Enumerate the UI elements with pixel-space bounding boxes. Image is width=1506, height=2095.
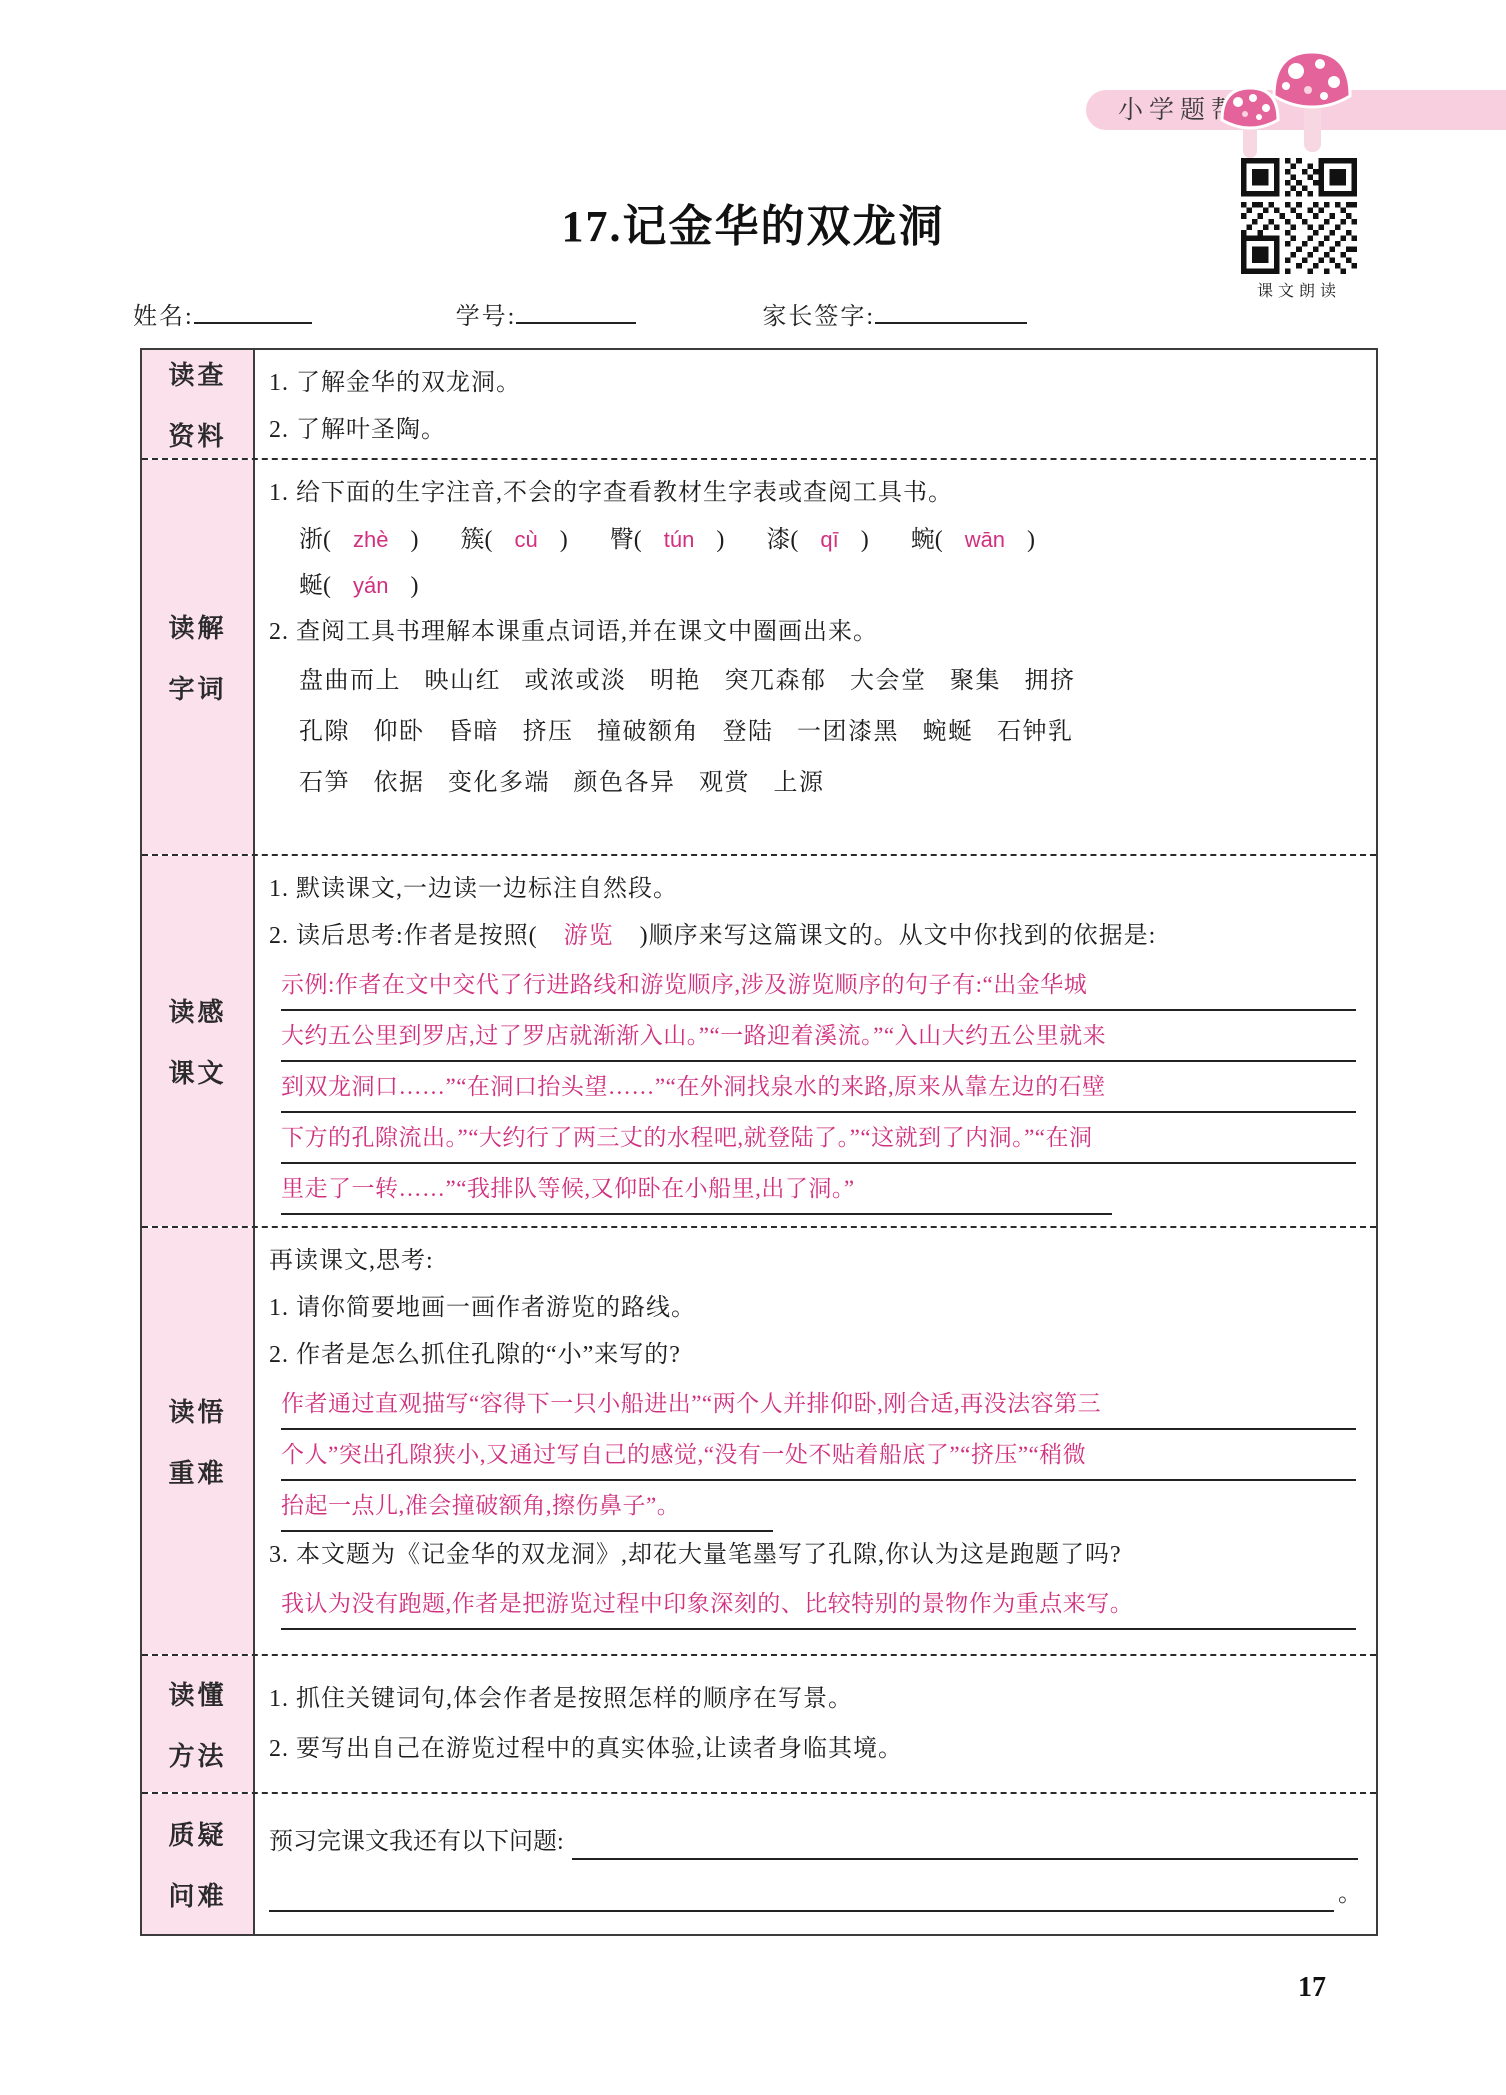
section-content: 1. 抓住关键词句,体会作者是按照怎样的顺序在写景。 2. 要写出自己在游览过程… <box>255 1656 1376 1792</box>
task-item: 1. 了解金华的双龙洞。 <box>269 360 1362 407</box>
preview-table: 读查 资料 1. 了解金华的双龙洞。 2. 了解叶圣陶。 读解 字词 1. 给下… <box>140 348 1378 1936</box>
section-methods: 读懂 方法 1. 抓住关键词句,体会作者是按照怎样的顺序在写景。 2. 要写出自… <box>142 1654 1376 1792</box>
section-label: 质疑 问难 <box>142 1794 255 1934</box>
parent-signature-label: 家长签字: <box>762 304 875 330</box>
qr-caption: 课文朗读 <box>1238 278 1360 301</box>
section-key-points: 读悟 重难 再读课文,思考: 1. 请你简要地画一画作者游览的路线。 2. 作者… <box>142 1226 1376 1654</box>
pinyin-item: 蜿(wān) <box>911 527 1035 553</box>
section-content: 1. 给下面的生字注音,不会的字查看教材生字表或查阅工具书。 浙(zhè) 簇(… <box>255 460 1376 854</box>
section-vocabulary: 读解 字词 1. 给下面的生字注音,不会的字查看教材生字表或查阅工具书。 浙(z… <box>142 458 1376 854</box>
student-info-row: 姓名: 学号: 家长签字: <box>133 296 1233 331</box>
section-reading: 读感 课文 1. 默读课文,一边读一边标注自然段。 2. 读后思考:作者是按照(… <box>142 854 1376 1226</box>
answer-line: 抬起一点儿,准会撞破额角,擦伤鼻子”。 <box>281 1481 773 1532</box>
qr-code-icon <box>1241 158 1357 274</box>
section-label: 读解 字词 <box>142 460 255 854</box>
mushroom-stem <box>1304 102 1321 152</box>
task-item: 2. 作者是怎么抓住孔隙的“小”来写的? <box>269 1332 1362 1379</box>
answer-line: 大约五公里到罗店,过了罗店就渐渐入山。”“一路迎着溪流。”“入山大约五公里就来 <box>281 1011 1356 1062</box>
task-item: 3. 本文题为《记金华的双龙洞》,却花大量笔墨写了孔隙,你认为这是跑题了吗? <box>269 1532 1362 1579</box>
pinyin-item: 臀(tún) <box>610 527 725 553</box>
blank-underline <box>572 1818 1358 1860</box>
task-item: 1. 抓住关键词句,体会作者是按照怎样的顺序在写景。 <box>269 1674 1362 1724</box>
page-number: 17 <box>1298 1972 1326 2004</box>
student-id-blank <box>516 296 636 324</box>
task-item: 2. 查阅工具书理解本课重点词语,并在课文中圈画出来。 <box>269 609 1362 656</box>
word-list-row: 盘曲而上 映山红 或浓或淡 明艳 突兀森郁 大会堂 聚集 拥挤 <box>299 656 1362 707</box>
task-item: 1. 请你简要地画一画作者游览的路线。 <box>269 1285 1362 1332</box>
answer-line: 示例:作者在文中交代了行进路线和游览顺序,涉及游览顺序的句子有:“出金华城 <box>281 960 1356 1011</box>
qr-block: 课文朗读 <box>1238 158 1360 301</box>
parent-signature-blank <box>875 296 1027 324</box>
worksheet-page: 小学题帮 <box>0 0 1506 2095</box>
pinyin-item: 蜒(yán) <box>299 573 418 599</box>
section-label: 读查 资料 <box>142 350 255 458</box>
pinyin-item: 簇(cù) <box>460 527 567 553</box>
section-content: 再读课文,思考: 1. 请你简要地画一画作者游览的路线。 2. 作者是怎么抓住孔… <box>255 1228 1376 1654</box>
section-content: 预习完课文我还有以下问题: 。 <box>255 1794 1376 1934</box>
question-prompt-line: 预习完课文我还有以下问题: <box>269 1816 1362 1868</box>
task-item: 2. 了解叶圣陶。 <box>269 407 1362 454</box>
pinyin-row: 蜒(yán) <box>299 563 1362 609</box>
section-label: 读懂 方法 <box>142 1656 255 1792</box>
section-label: 读悟 重难 <box>142 1228 255 1654</box>
task-item: 2. 读后思考:作者是按照(游览)顺序来写这篇课文的。从文中你找到的依据是: <box>269 913 1362 960</box>
blank-underline <box>269 1870 1334 1912</box>
task-intro: 再读课文,思考: <box>269 1238 1362 1285</box>
section-label: 读感 课文 <box>142 856 255 1226</box>
mushrooms-icon <box>1212 44 1352 166</box>
section-content: 1. 了解金华的双龙洞。 2. 了解叶圣陶。 <box>255 350 1376 458</box>
fill-in-answer: 游览 <box>538 923 640 949</box>
name-label: 姓名: <box>133 304 194 330</box>
word-list-row: 孔隙 仰卧 昏暗 挤压 撞破额角 登陆 一团漆黑 蜿蜒 石钟乳 <box>299 707 1362 758</box>
answer-line: 到双龙洞口……”“在洞口抬头望……”“在外洞找泉水的来路,原来从靠左边的石壁 <box>281 1062 1356 1113</box>
period-mark: 。 <box>1338 1868 1362 1920</box>
task-item: 2. 要写出自己在游览过程中的真实体验,让读者身临其境。 <box>269 1724 1362 1774</box>
answer-line: 里走了一转……”“我排队等候,又仰卧在小船里,出了洞。” <box>281 1164 1112 1215</box>
section-questions: 质疑 问难 预习完课文我还有以下问题: 。 <box>142 1792 1376 1934</box>
answer-line: 下方的孔隙流出。”“大约行了两三丈的水程吧,就登陆了。”“这就到了内洞。”“在洞 <box>281 1113 1356 1164</box>
answer-line: 我认为没有跑题,作者是把游览过程中印象深刻的、比较特别的景物作为重点来写。 <box>281 1579 1356 1630</box>
answer-line: 个人”突出孔隙狭小,又通过写自己的感觉,“没有一处不贴着船底了”“挤压”“稍微 <box>281 1430 1356 1481</box>
section-research: 读查 资料 1. 了解金华的双龙洞。 2. 了解叶圣陶。 <box>142 350 1376 458</box>
task-item: 1. 给下面的生字注音,不会的字查看教材生字表或查阅工具书。 <box>269 470 1362 517</box>
name-blank <box>194 296 312 324</box>
pinyin-row: 浙(zhè) 簇(cù) 臀(tún) 漆(qī) 蜿(wān) <box>299 517 1362 563</box>
question-prompt: 预习完课文我还有以下问题: <box>269 1816 564 1868</box>
word-list-row: 石笋 依据 变化多端 颜色各异 观赏 上源 <box>299 758 1362 809</box>
student-id-label: 学号: <box>456 304 517 330</box>
answer-line: 作者通过直观描写“容得下一只小船进出”“两个人并排仰卧,刚合适,再没法容第三 <box>281 1379 1356 1430</box>
question-blank-line: 。 <box>269 1868 1362 1920</box>
task-item: 1. 默读课文,一边读一边标注自然段。 <box>269 866 1362 913</box>
pinyin-item: 浙(zhè) <box>299 527 418 553</box>
section-content: 1. 默读课文,一边读一边标注自然段。 2. 读后思考:作者是按照(游览)顺序来… <box>255 856 1376 1226</box>
pinyin-item: 漆(qī) <box>766 527 868 553</box>
